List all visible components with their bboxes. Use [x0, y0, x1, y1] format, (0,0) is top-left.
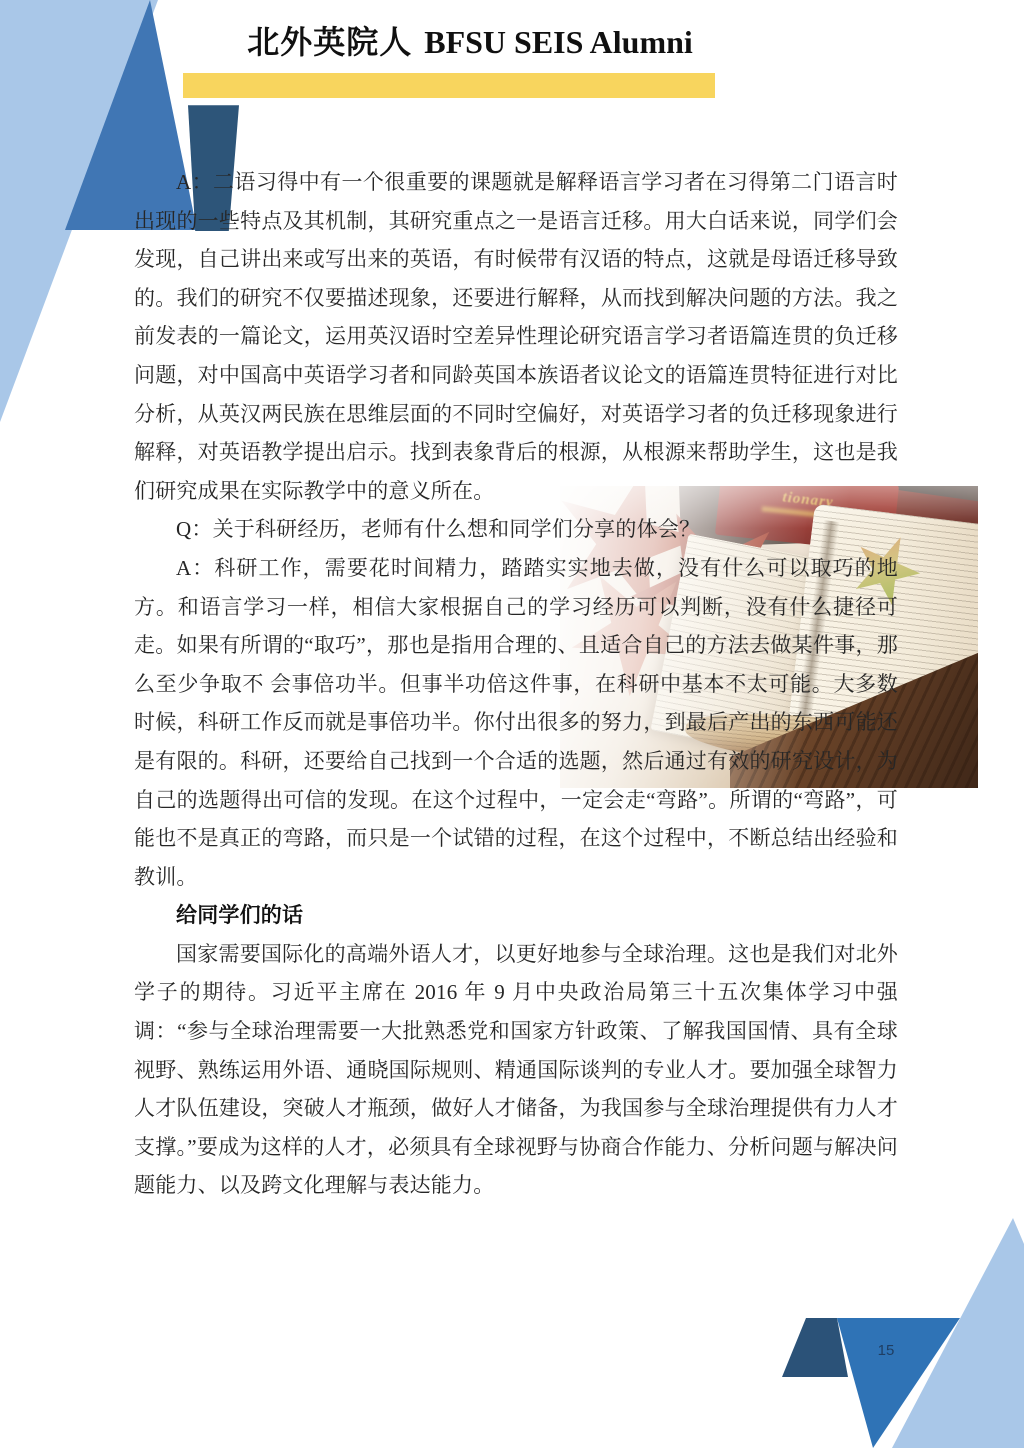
paragraph-a-transfer-research: A：二语习得中有一个很重要的课题就是解释语言学习者在习得第二门语言时出现的一些特…: [134, 163, 898, 510]
page-title-chinese: 北外英院人: [247, 24, 412, 60]
page-number: 15: [866, 1342, 906, 1359]
paragraph-a-research-advice: A：科研工作，需要花时间精力，踏踏实实地去做，没有什么可以取巧的地方。和语言学习…: [134, 549, 898, 896]
paragraph-closing-global-talent: 国家需要国际化的高端外语人才，以更好地参与全球治理。这也是我们对北外学子的期待。…: [134, 935, 898, 1205]
section-heading-words-to-students: 给同学们的话: [134, 896, 898, 935]
paragraph-q-research-experience: Q：关于科研经历，老师有什么想和同学们分享的体会？: [134, 510, 898, 549]
magazine-page: 北外英院人BFSU SEIS Alumni tionary A：二语习得中有一个…: [0, 0, 1024, 1448]
page-title: 北外英院人BFSU SEIS Alumni: [195, 22, 745, 62]
article-body: A：二语习得中有一个很重要的课题就是解释语言学习者在习得第二门语言时出现的一些特…: [134, 163, 898, 1205]
page-title-english: BFSU SEIS Alumni: [424, 24, 693, 60]
title-underline-bar: [183, 73, 715, 98]
